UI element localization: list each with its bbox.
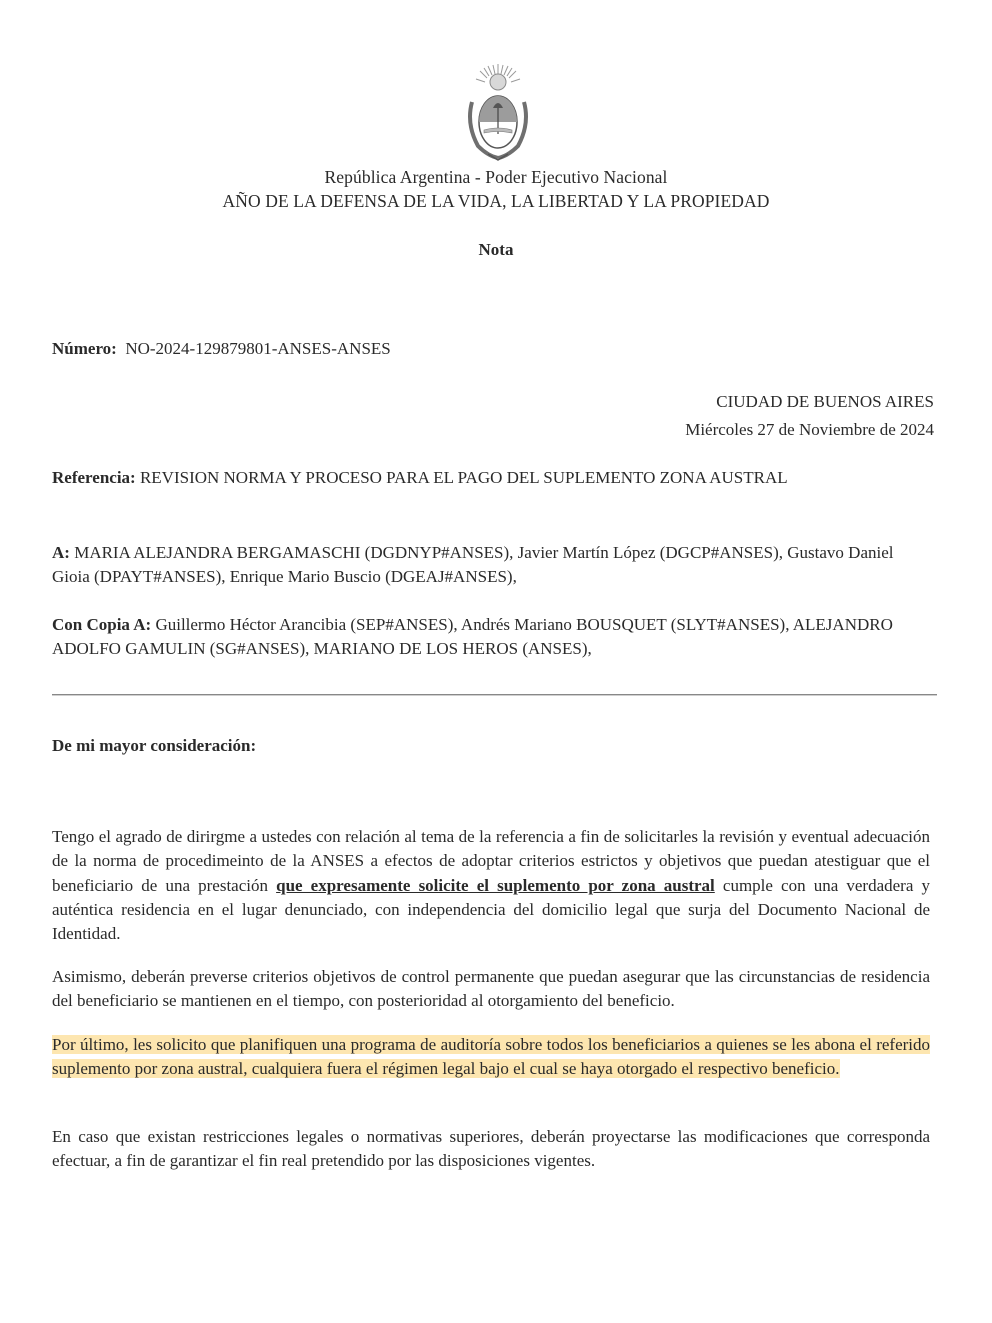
p1-emphasis: que expresamente solicite el suplemento … (276, 876, 715, 895)
reference: Referencia: REVISION NORMA Y PROCESO PAR… (52, 468, 788, 488)
header-year-motto: AÑO DE LA DEFENSA DE LA VIDA, LA LIBERTA… (0, 191, 992, 212)
horizontal-divider (52, 694, 937, 696)
header-government-line: República Argentina - Poder Ejecutivo Na… (0, 167, 992, 188)
to-value: MARIA ALEJANDRA BERGAMASCHI (DGDNYP#ANSE… (52, 543, 894, 586)
salutation: De mi mayor consideración: (52, 736, 256, 756)
body-paragraph-2: Asimismo, deberán preverse criterios obj… (52, 965, 930, 1014)
body-paragraph-1: Tengo el agrado de dirirgme a ustedes co… (52, 825, 930, 946)
to-label: A: (52, 543, 70, 562)
argentina-coat-of-arms-icon (458, 62, 538, 164)
numero-value: NO-2024-129879801-ANSES-ANSES (125, 339, 390, 358)
document-type-title: Nota (0, 240, 992, 260)
recipients-to: A: MARIA ALEJANDRA BERGAMASCHI (DGDNYP#A… (52, 541, 930, 589)
date: Miércoles 27 de Noviembre de 2024 (685, 420, 934, 440)
referencia-value: REVISION NORMA Y PROCESO PARA EL PAGO DE… (140, 468, 788, 487)
highlighted-text: Por último, les solicito que planifiquen… (52, 1035, 930, 1078)
numero-label: Número: (52, 339, 117, 358)
body-paragraph-4: En caso que existan restricciones legale… (52, 1125, 930, 1174)
cc-label: Con Copia A: (52, 615, 151, 634)
cc-value: Guillermo Héctor Arancibia (SEP#ANSES), … (52, 615, 893, 658)
referencia-label: Referencia: (52, 468, 136, 487)
document-page: República Argentina - Poder Ejecutivo Na… (0, 0, 992, 1323)
city: CIUDAD DE BUENOS AIRES (716, 392, 934, 412)
document-number: Número: NO-2024-129879801-ANSES-ANSES (52, 339, 391, 359)
body-paragraph-3-highlighted: Por último, les solicito que planifiquen… (52, 1033, 930, 1082)
recipients-cc: Con Copia A: Guillermo Héctor Arancibia … (52, 613, 930, 661)
